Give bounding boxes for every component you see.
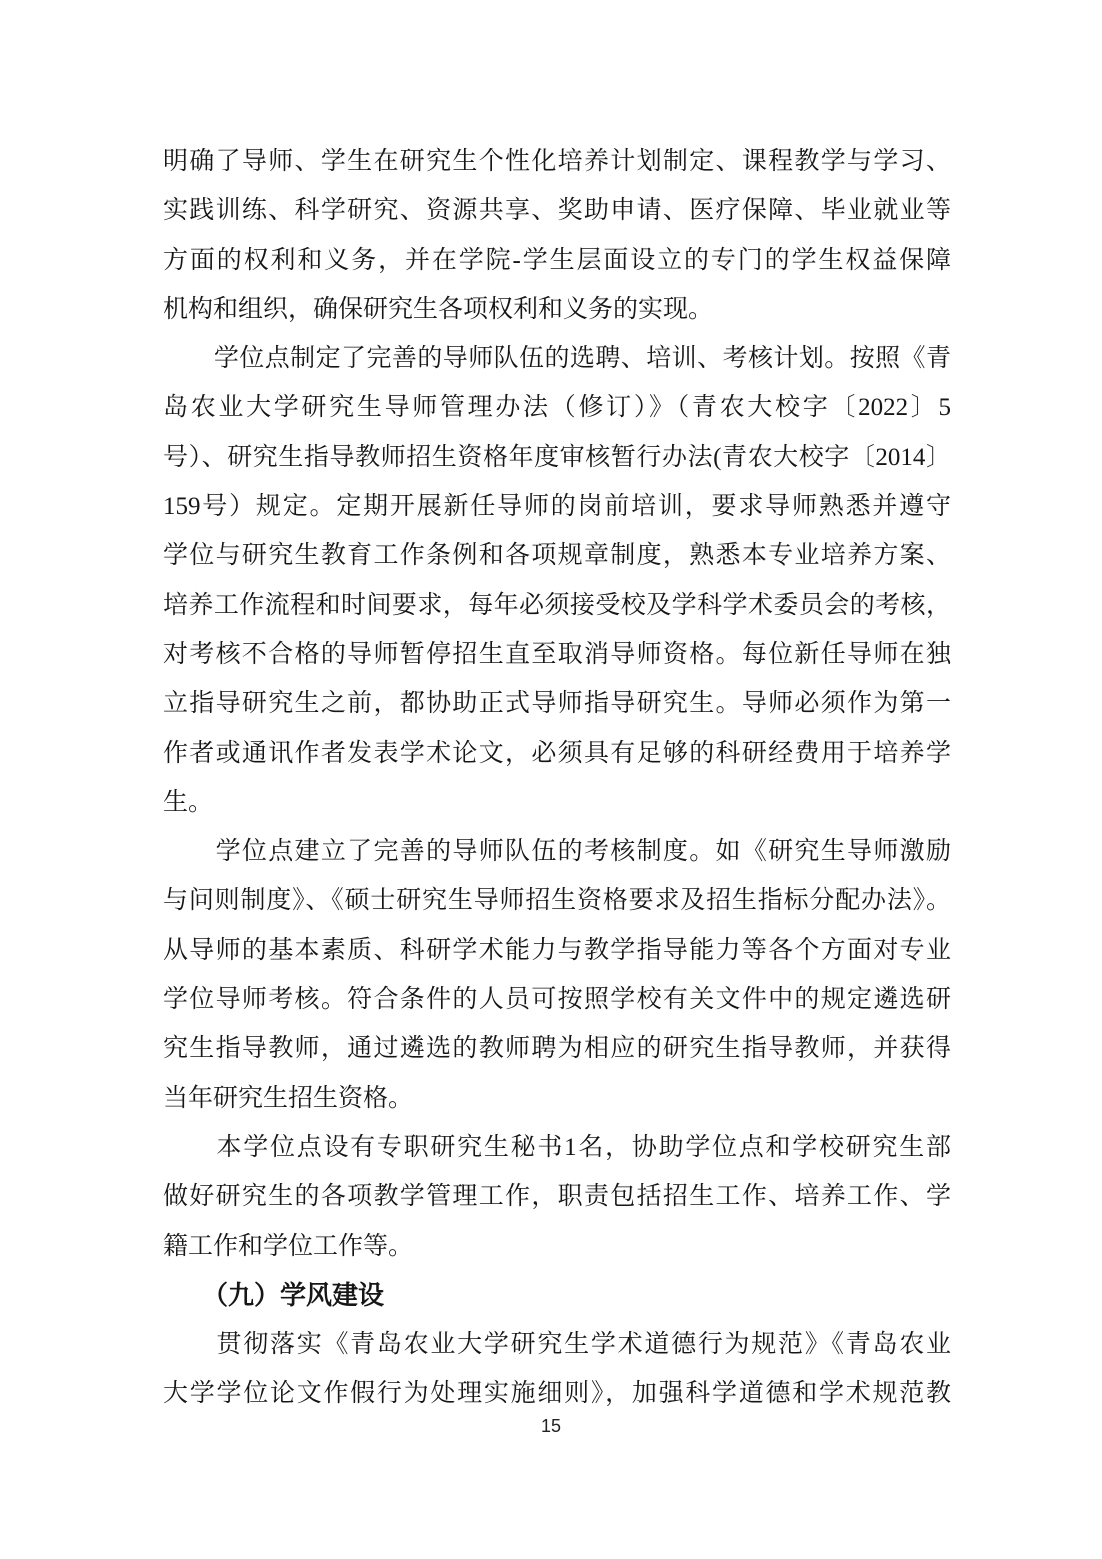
text-line: 贯彻落实《青岛农业大学研究生学术道德行为规范》《青岛农业 [163,1320,951,1369]
document-body: 明确了导师、学生在研究生个性化培养计划制定、课程教学与学习、实践训练、科学研究、… [163,137,951,1419]
page-number: 15 [0,1413,1102,1439]
paragraph: 学位点制定了完善的导师队伍的选聘、培训、考核计划。按照《青岛农业大学研究生导师管… [163,334,951,827]
text-line: 明确了导师、学生在研究生个性化培养计划制定、课程教学与学习、 [163,137,951,186]
section-heading: （九）学风建设 [163,1271,951,1320]
text-line: 立指导研究生之前，都协助正式导师指导研究生。导师必须作为第一 [163,679,951,728]
text-line: 与问则制度》、《硕士研究生导师招生资格要求及招生指标分配办法》。 [163,876,951,925]
text-line: 159号）规定。定期开展新任导师的岗前培训，要求导师熟悉并遵守 [163,482,951,531]
text-line: 方面的权利和义务，并在学院-学生层面设立的专门的学生权益保障 [163,236,951,285]
text-line: 实践训练、科学研究、资源共享、奖助申请、医疗保障、毕业就业等 [163,186,951,235]
document-page: 明确了导师、学生在研究生个性化培养计划制定、课程教学与学习、实践训练、科学研究、… [0,0,1102,1559]
text-line: 学位与研究生教育工作条例和各项规章制度，熟悉本专业培养方案、 [163,531,951,580]
text-line: 从导师的基本素质、科研学术能力与教学指导能力等各个方面对专业 [163,926,951,975]
paragraph: 贯彻落实《青岛农业大学研究生学术道德行为规范》《青岛农业大学学位论文作假行为处理… [163,1320,951,1419]
text-line: 学位点建立了完善的导师队伍的考核制度。如《研究生导师激励 [163,827,951,876]
text-line: 生。 [163,778,951,827]
text-line: 岛农业大学研究生导师管理办法（修订）》（青农大校字〔2022〕5 [163,383,951,432]
paragraph: 明确了导师、学生在研究生个性化培养计划制定、课程教学与学习、实践训练、科学研究、… [163,137,951,334]
text-line: 对考核不合格的导师暂停招生直至取消导师资格。每位新任导师在独 [163,630,951,679]
text-line: 培养工作流程和时间要求，每年必须接受校及学科学术委员会的考核， [163,581,951,630]
text-line: 号）、研究生指导教师招生资格年度审核暂行办法(青农大校字〔2014〕 [163,433,951,482]
paragraph: 学位点建立了完善的导师队伍的考核制度。如《研究生导师激励与问则制度》、《硕士研究… [163,827,951,1123]
text-line: 究生指导教师，通过遴选的教师聘为相应的研究生指导教师，并获得 [163,1024,951,1073]
text-line: （九）学风建设 [163,1271,951,1320]
text-line: 籍工作和学位工作等。 [163,1222,951,1271]
text-line: 学位导师考核。符合条件的人员可按照学校有关文件中的规定遴选研 [163,975,951,1024]
text-line: 本学位点设有专职研究生秘书1名，协助学位点和学校研究生部 [163,1123,951,1172]
text-line: 学位点制定了完善的导师队伍的选聘、培训、考核计划。按照《青 [163,334,951,383]
text-line: 作者或通讯作者发表学术论文，必须具有足够的科研经费用于培养学 [163,729,951,778]
text-line: 做好研究生的各项教学管理工作，职责包括招生工作、培养工作、学 [163,1172,951,1221]
text-line: 当年研究生招生资格。 [163,1074,951,1123]
paragraph: 本学位点设有专职研究生秘书1名，协助学位点和学校研究生部做好研究生的各项教学管理… [163,1123,951,1271]
text-line: 机构和组织，确保研究生各项权利和义务的实现。 [163,285,951,334]
text-line: 大学学位论文作假行为处理实施细则》，加强科学道德和学术规范教 [163,1369,951,1418]
